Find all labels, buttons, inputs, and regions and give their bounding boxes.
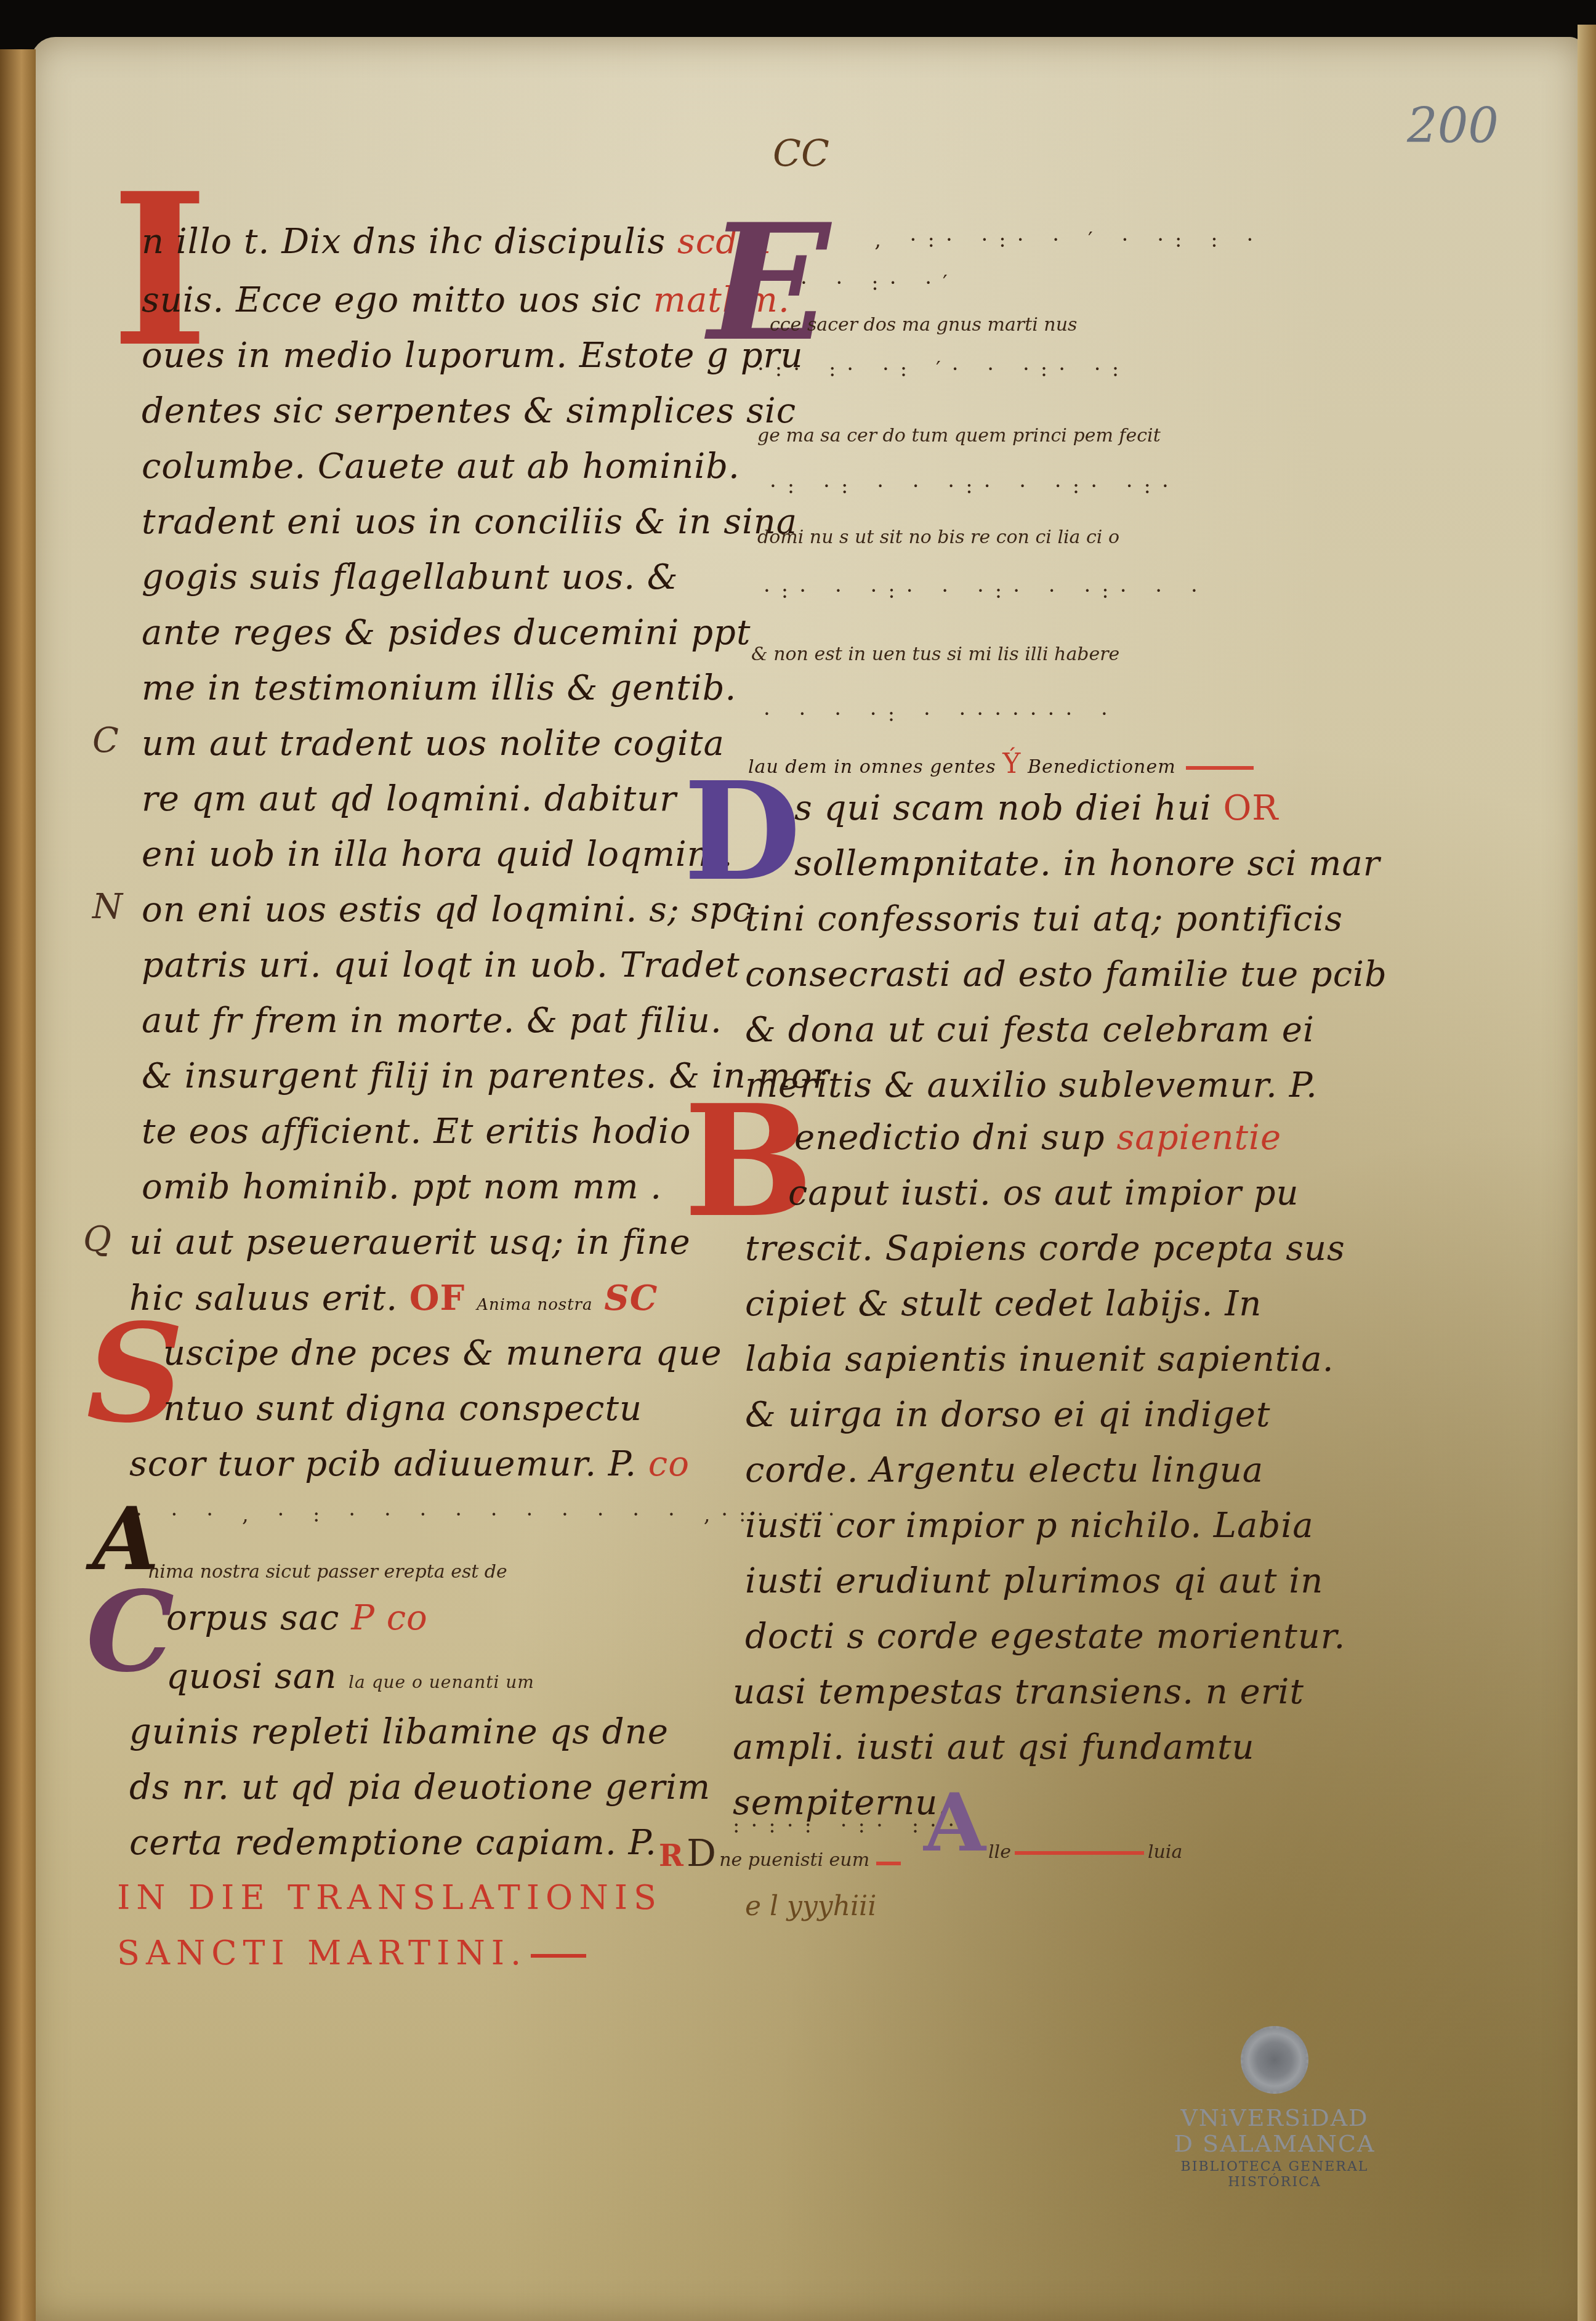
text-line: on eni uos estis qd loqmini. s; spc — [142, 890, 752, 930]
text-line: dentes sic serpentes & simplices sic — [142, 391, 796, 431]
binding-edge — [0, 49, 36, 2321]
oratio-mark: OR — [1223, 788, 1278, 828]
text-line: & uirga in dorso ei qi indiget — [745, 1395, 1270, 1435]
responsory-mark: R — [659, 1839, 683, 1873]
text-line: ampli. iusti aut qsi fundamtu — [733, 1727, 1255, 1767]
text-line: sollempnitate. in honore sci mar — [794, 844, 1380, 884]
text-line: uscipe dne pces & munera que — [163, 1333, 722, 1373]
neumes: · · :· ·′ — [800, 271, 959, 296]
text-line: docti s corde egestate morientur. — [745, 1617, 1345, 1657]
text-line: suis. Ecce ego mitto uos sic mathm. — [142, 280, 790, 320]
alleluia-initial-A: A — [924, 1783, 986, 1863]
text-line: s qui scam nob diei hui OR — [794, 788, 1279, 828]
neumes: ·:· · ·:· · ·:· · ·:· · · — [764, 579, 1209, 603]
versicle-mark: Ý — [1002, 748, 1021, 780]
initial-C: C — [86, 1576, 174, 1687]
text-line: guinis repleti libamine qs dne — [129, 1712, 669, 1752]
chant-line: cce sacer dos ma gnus marti nus — [770, 314, 1077, 336]
chant-line: lau dem in omnes gentes Ý Benedictionem — [748, 748, 1257, 780]
watermark-line-3: BIBLIOTECA GENERAL HISTÓRICA — [1151, 2159, 1398, 2190]
text-line: orpus sac P co — [166, 1598, 428, 1638]
text-line: consecrasti ad esto familie tue pcib — [745, 955, 1387, 995]
neumes: ·: ·: · · ·:· · ·:· ·:· — [770, 474, 1180, 499]
text-line: ds nr. ut qd pia deuotione gerim — [129, 1767, 711, 1807]
offertory-incipit: Anima nostra — [477, 1296, 592, 1314]
text-line: te eos afficient. Et eritis hodio — [142, 1112, 691, 1152]
text-line: cipiet & stult cedet labijs. In — [745, 1284, 1262, 1324]
watermark-line-1: VNiVERSiDAD — [1151, 2105, 1398, 2131]
text-line: hic saluus erit. OF Anima nostra SC — [129, 1278, 658, 1318]
text-line: scor tuor pcib adiuuemur. P. co — [129, 1444, 690, 1484]
offertory-mark: OF — [409, 1278, 465, 1318]
prayer-initial-D: D — [683, 764, 801, 899]
university-seal-icon — [1241, 2026, 1308, 2094]
university-watermark: VNiVERSiDAD D SALAMANCA BIBLIOTECA GENER… — [1151, 2026, 1398, 2190]
text-line: certa redemptione capiam. P. — [129, 1823, 657, 1863]
text-line: re qm aut qd loqmini. dabitur — [142, 779, 677, 819]
neumes: · · · ‚ · : · · · · · · · · · · ‚·:· ··· — [135, 1503, 846, 1527]
text-line: oues in medio luporum. Estote g pru — [142, 336, 803, 376]
neumes: · · · ·: · ······· · — [764, 702, 1119, 727]
text-line: quosi san la que o uenanti um — [166, 1657, 534, 1697]
chant-line: ge ma sa cer do tum quem princi pem feci… — [757, 425, 1161, 446]
text-line: omib hominib. ppt nom mm . — [142, 1167, 662, 1207]
text-line: aut fr frem in morte. & pat filiu. — [142, 1001, 722, 1041]
rubric-heading-2: SANCTI MARTINI. — [117, 1934, 590, 1972]
rubric-heading-1: IN DIE TRANSLATIONIS — [117, 1878, 663, 1917]
margin-letter: C — [92, 721, 119, 761]
text-line: tini confessoris tui atq; pontificis — [745, 899, 1343, 939]
text-line: eni uob in illa hora quid loqmini. — [142, 834, 733, 874]
quire-mark: CC — [773, 132, 829, 176]
text-line: me in testimonium illis & gentib. — [142, 668, 736, 708]
folio-number: 200 — [1407, 99, 1499, 154]
neumes: ·:· :· ·: ′· · ·:· ·: — [757, 357, 1130, 382]
chant-line: domi nu s ut sit no bis re con ci lia ci… — [757, 527, 1119, 548]
reading-initial-B: B — [683, 1084, 813, 1238]
text-line: corde. Argentu electu lingua — [745, 1450, 1263, 1490]
text-line: enedictio dni sup sapientie — [794, 1118, 1281, 1158]
responsory-line: R D ne puenisti eum — [659, 1832, 905, 1875]
page-fore-edge — [1578, 25, 1596, 2321]
text-line: iusti erudiunt plurimos qi aut in — [745, 1561, 1323, 1601]
text-line: patris uri. qui loqt in uob. Tradet — [142, 945, 740, 985]
text-line: ntuo sunt digna conspectu — [163, 1389, 642, 1429]
text-line: iusti cor impior p nichilo. Labia — [745, 1506, 1314, 1546]
text-line: tradent eni uos in conciliis & in sina — [142, 502, 797, 542]
text-line: ante reges & psides ducemini ppt — [142, 613, 751, 653]
text-line: n illo t. Dix dns ihc discipulis scdm — [142, 222, 772, 262]
text-line: caput iusti. os aut impior pu — [788, 1173, 1299, 1213]
text-line: labia sapientis inuenit sapientia. — [745, 1339, 1334, 1379]
text-line: gogis suis flagellabunt uos. & — [142, 557, 679, 597]
chant-text: nima nostra sicut passer erepta est de — [148, 1561, 507, 1583]
chant-line: & non est in uen tus si mi lis illi habe… — [751, 644, 1119, 665]
text-line: ui aut pseuerauerit usq; in fine — [129, 1222, 691, 1262]
text-line: trescit. Sapiens corde pcepta sus — [745, 1229, 1345, 1269]
watermark-line-2: D SALAMANCA — [1151, 2131, 1398, 2157]
pen-trial: e l yyyhiii — [745, 1891, 876, 1922]
text-line: meritis & auxilio sublevemur. P. — [745, 1065, 1318, 1105]
margin-letter: Q — [83, 1219, 111, 1259]
text-line: columbe. Cauete aut ab hominib. — [142, 446, 740, 486]
alleluia-text: lleluia — [988, 1841, 1182, 1863]
neumes: ‚ ·:· ·:· · ′ · ·: : · — [874, 228, 1264, 252]
text-line: uasi tempestas transiens. n erit — [733, 1672, 1304, 1712]
margin-letter: N — [92, 887, 123, 927]
text-line: & dona ut cui festa celebram ei — [745, 1010, 1315, 1050]
text-line: um aut tradent uos nolite cogita — [142, 724, 725, 764]
